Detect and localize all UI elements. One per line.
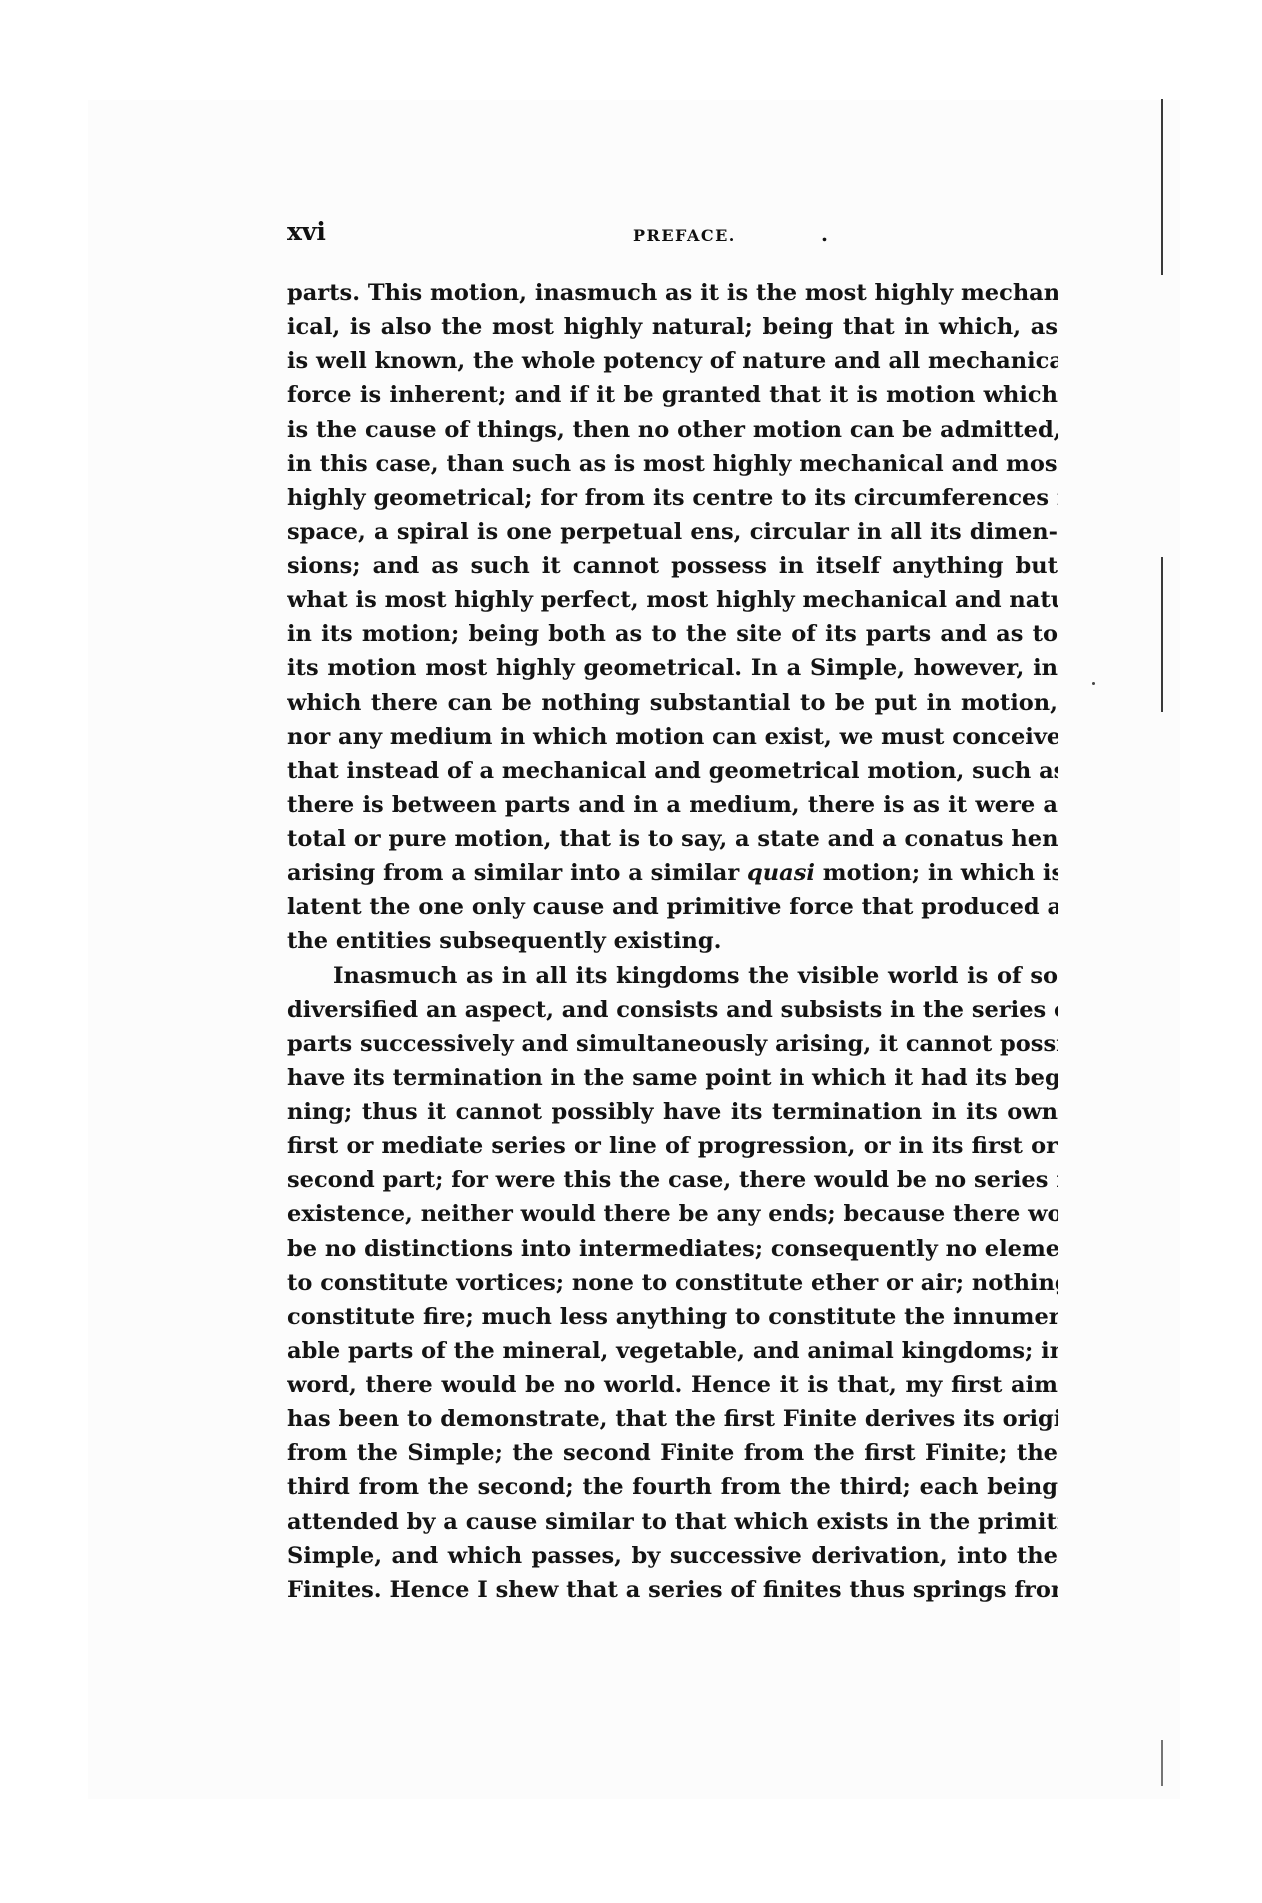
text-line: Simple, and which passes, by successive … (287, 1539, 1058, 1573)
text-run: motion; in which is (815, 860, 1058, 886)
text-line: there is between parts and in a medium, … (287, 788, 1058, 822)
text-line: its motion most highly geometrical. In a… (287, 651, 1058, 685)
text-line: Finites. Hence I shew that a series of f… (287, 1573, 1058, 1607)
text-line-with-italic: arising from a similar into a similar qu… (287, 856, 1058, 890)
italic-term: quasi (747, 860, 815, 886)
text-line: Inasmuch as in all its kingdoms the visi… (287, 959, 1058, 993)
text-line: ning; thus it cannot possibly have its t… (287, 1095, 1058, 1129)
text-line: the entities subsequently existing. (287, 924, 1058, 958)
text-line: force is inherent; and if it be granted … (287, 378, 1058, 412)
text-line: constitute fire; much less anything to c… (287, 1300, 1058, 1334)
running-head: xvi PREFACE. . (287, 214, 1058, 250)
text-line: from the Simple; the second Finite from … (287, 1436, 1058, 1470)
scan-margin-line-bottom (1161, 1740, 1163, 1786)
text-line: be no distinctions into intermediates; c… (287, 1232, 1058, 1266)
text-line: total or pure motion, that is to say, a … (287, 822, 1058, 856)
text-line: has been to demonstrate, that the first … (287, 1402, 1058, 1436)
text-line: latent the one only cause and primitive … (287, 890, 1058, 924)
text-line: in its motion; being both as to the site… (287, 617, 1058, 651)
text-line: first or mediate series or line of progr… (287, 1129, 1058, 1163)
body-text: parts. This motion, inasmuch as it is th… (287, 276, 1058, 1607)
text-line: nor any medium in which motion can exist… (287, 720, 1058, 754)
text-line: highly geometrical; for from its centre … (287, 481, 1058, 515)
text-line: have its termination in the same point i… (287, 1061, 1058, 1095)
text-line: in this case, than such as is most highl… (287, 447, 1058, 481)
paragraph-1: parts. This motion, inasmuch as it is th… (287, 276, 1058, 959)
running-title: PREFACE. (633, 218, 736, 254)
text-line: which there can be nothing substantial t… (287, 686, 1058, 720)
text-run: arising from a similar into a similar (287, 860, 747, 886)
text-line: sions; and as such it cannot possess in … (287, 549, 1058, 583)
text-line: parts successively and simultaneously ar… (287, 1027, 1058, 1061)
text-line: second part; for were this the case, the… (287, 1163, 1058, 1197)
text-line: that instead of a mechanical and geometr… (287, 754, 1058, 788)
scan-margin-line-middle (1161, 557, 1163, 712)
scan-margin-line-top (1161, 99, 1163, 275)
text-line: what is most highly perfect, most highly… (287, 583, 1058, 617)
stray-mark: . (821, 216, 828, 252)
text-line: word, there would be no world. Hence it … (287, 1368, 1058, 1402)
page-number: xvi (287, 214, 326, 250)
text-line: existence, neither would there be any en… (287, 1197, 1058, 1231)
text-line: is well known, the whole potency of natu… (287, 344, 1058, 378)
text-line: attended by a cause similar to that whic… (287, 1505, 1058, 1539)
text-line: parts. This motion, inasmuch as it is th… (287, 276, 1058, 310)
text-line: to constitute vortices; none to constitu… (287, 1266, 1058, 1300)
paragraph-2: Inasmuch as in all its kingdoms the visi… (287, 959, 1058, 1607)
text-line: is the cause of things, then no other mo… (287, 413, 1058, 447)
scan-speck (1092, 682, 1095, 685)
text-line: third from the second; the fourth from t… (287, 1470, 1058, 1504)
text-line: able parts of the mineral, vegetable, an… (287, 1334, 1058, 1368)
text-line: ical, is also the most highly natural; b… (287, 310, 1058, 344)
text-line: space, a spiral is one perpetual ens, ci… (287, 515, 1058, 549)
text-line: diversified an aspect, and consists and … (287, 993, 1058, 1027)
